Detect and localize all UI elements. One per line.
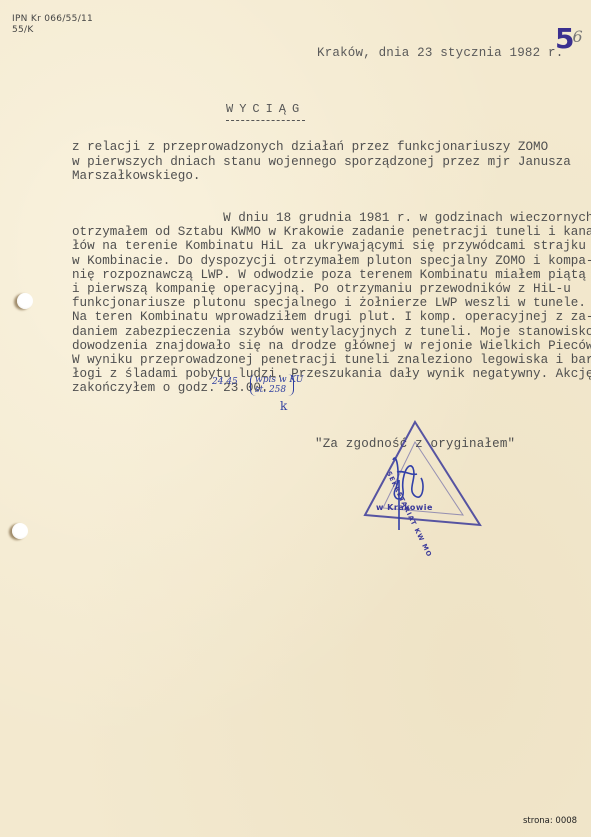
document-intro: z relacji z przeprowadzonych działań prz… [72, 140, 572, 184]
document-title: WYCIĄG [226, 102, 305, 121]
page-stamp-number: 56 [555, 22, 583, 55]
page-number: strona: 0008 [523, 816, 577, 826]
place-date: Kraków, dnia 23 stycznia 1982 r. [317, 46, 563, 60]
stamp-bottom-text: w Krakowie [376, 503, 433, 512]
archive-reference: IPN Kr 066/55/11 55/K [12, 14, 93, 36]
triangle-stamp-icon [345, 420, 485, 530]
document-body: W dniu 18 grudnia 1981 r. w godzinach wi… [72, 211, 582, 396]
handwritten-time: 24.45 [212, 377, 238, 387]
punch-hole-top [17, 293, 33, 309]
document-page: IPN Kr 066/55/11 55/K Kraków, dnia 23 st… [0, 0, 591, 837]
handwritten-page-number: 6 [572, 27, 582, 46]
handwritten-bracket-note: wpis w KU st. 258 [250, 374, 294, 396]
handwritten-mark: k [280, 401, 287, 411]
punch-hole-bottom [12, 523, 28, 539]
